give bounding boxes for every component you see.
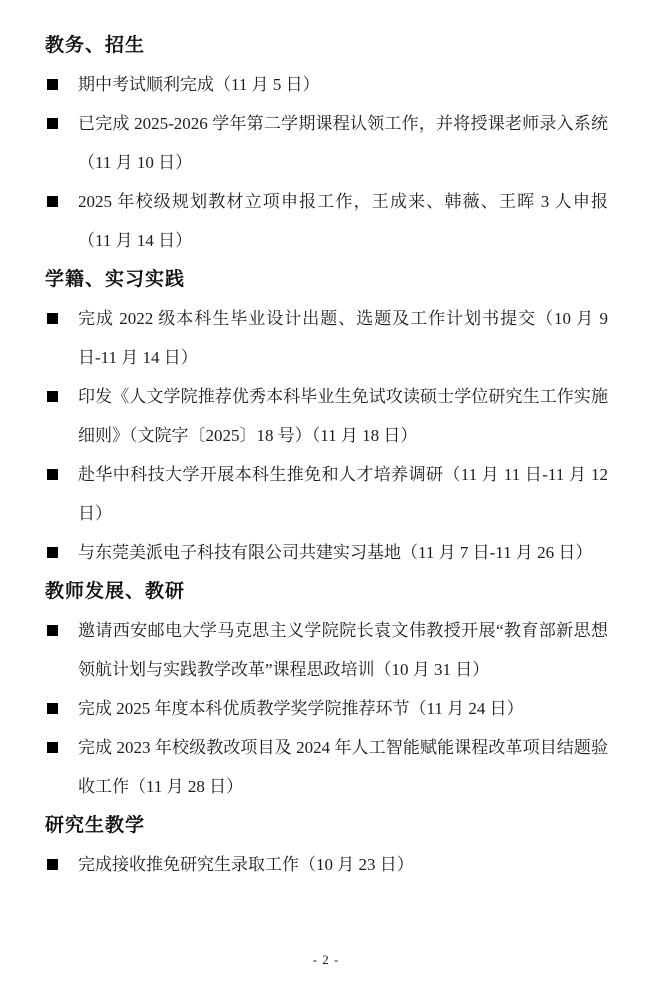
section-xueji-shixi: 学籍、实习实践 完成 2022 级本科生毕业设计出题、选题及工作计划书提交（10… (45, 260, 608, 572)
list-item: 完成 2023 年校级教改项目及 2024 年人工智能赋能课程改革项目结题验收工… (45, 728, 608, 806)
bullet-square-icon (47, 391, 58, 402)
list-item-text: 完成 2025 年度本科优质教学奖学院推荐环节（11 月 24 日） (78, 699, 524, 718)
section-heading: 教师发展、教研 (45, 572, 608, 611)
list-item-text: 完成接收推免研究生录取工作（10 月 23 日） (78, 855, 414, 874)
list-item: 印发《人文学院推荐优秀本科毕业生免试攻读硕士学位研究生工作实施细则》（文院字〔2… (45, 377, 608, 455)
list-item: 与东莞美派电子科技有限公司共建实习基地（11 月 7 日-11 月 26 日） (45, 533, 608, 572)
list-item: 2025 年校级规划教材立项申报工作，王成来、韩薇、王晖 3 人申报（11 月 … (45, 182, 608, 260)
bullet-square-icon (47, 859, 58, 870)
bullet-square-icon (47, 703, 58, 714)
list-item-text: 印发《人文学院推荐优秀本科毕业生免试攻读硕士学位研究生工作实施细则》（文院字〔2… (78, 387, 608, 445)
list-item: 赴华中科技大学开展本科生推免和人才培养调研（11 月 11 日-11 月 12 … (45, 455, 608, 533)
list-item-text: 与东莞美派电子科技有限公司共建实习基地（11 月 7 日-11 月 26 日） (78, 543, 592, 562)
bullet-square-icon (47, 625, 58, 636)
document-page: 教务、招生 期中考试顺利完成（11 月 5 日） 已完成 2025-2026 学… (45, 26, 608, 884)
list-item-text: 赴华中科技大学开展本科生推免和人才培养调研（11 月 11 日-11 月 12 … (78, 465, 608, 523)
page-number: - 2 - (0, 952, 652, 968)
list-item-text: 期中考试顺利完成（11 月 5 日） (78, 75, 320, 94)
section-heading: 研究生教学 (45, 806, 608, 845)
section-heading: 学籍、实习实践 (45, 260, 608, 299)
list-item: 完成 2022 级本科生毕业设计出题、选题及工作计划书提交（10 月 9 日-1… (45, 299, 608, 377)
section-jiaoshi-fazhan: 教师发展、教研 邀请西安邮电大学马克思主义学院院长袁文伟教授开展“教育部新思想领… (45, 572, 608, 806)
bullet-square-icon (47, 742, 58, 753)
list-item: 已完成 2025-2026 学年第二学期课程认领工作，并将授课老师录入系统（11… (45, 104, 608, 182)
list-item: 邀请西安邮电大学马克思主义学院院长袁文伟教授开展“教育部新思想领航计划与实践教学… (45, 611, 608, 689)
bullet-square-icon (47, 118, 58, 129)
bullet-square-icon (47, 547, 58, 558)
list-item-text: 邀请西安邮电大学马克思主义学院院长袁文伟教授开展“教育部新思想领航计划与实践教学… (78, 621, 608, 679)
list-item-text: 完成 2023 年校级教改项目及 2024 年人工智能赋能课程改革项目结题验收工… (78, 738, 608, 796)
bullet-square-icon (47, 196, 58, 207)
list-item: 期中考试顺利完成（11 月 5 日） (45, 65, 608, 104)
bullet-square-icon (47, 313, 58, 324)
list-item: 完成接收推免研究生录取工作（10 月 23 日） (45, 845, 608, 884)
bullet-square-icon (47, 79, 58, 90)
list-item-text: 2025 年校级规划教材立项申报工作，王成来、韩薇、王晖 3 人申报（11 月 … (78, 192, 608, 250)
section-jiaowu-zhaosheng: 教务、招生 期中考试顺利完成（11 月 5 日） 已完成 2025-2026 学… (45, 26, 608, 260)
bullet-square-icon (47, 469, 58, 480)
section-yanjiusheng-jiaoxue: 研究生教学 完成接收推免研究生录取工作（10 月 23 日） (45, 806, 608, 884)
section-heading: 教务、招生 (45, 26, 608, 65)
list-item-text: 完成 2022 级本科生毕业设计出题、选题及工作计划书提交（10 月 9 日-1… (78, 309, 608, 367)
list-item: 完成 2025 年度本科优质教学奖学院推荐环节（11 月 24 日） (45, 689, 608, 728)
list-item-text: 已完成 2025-2026 学年第二学期课程认领工作，并将授课老师录入系统（11… (78, 114, 608, 172)
